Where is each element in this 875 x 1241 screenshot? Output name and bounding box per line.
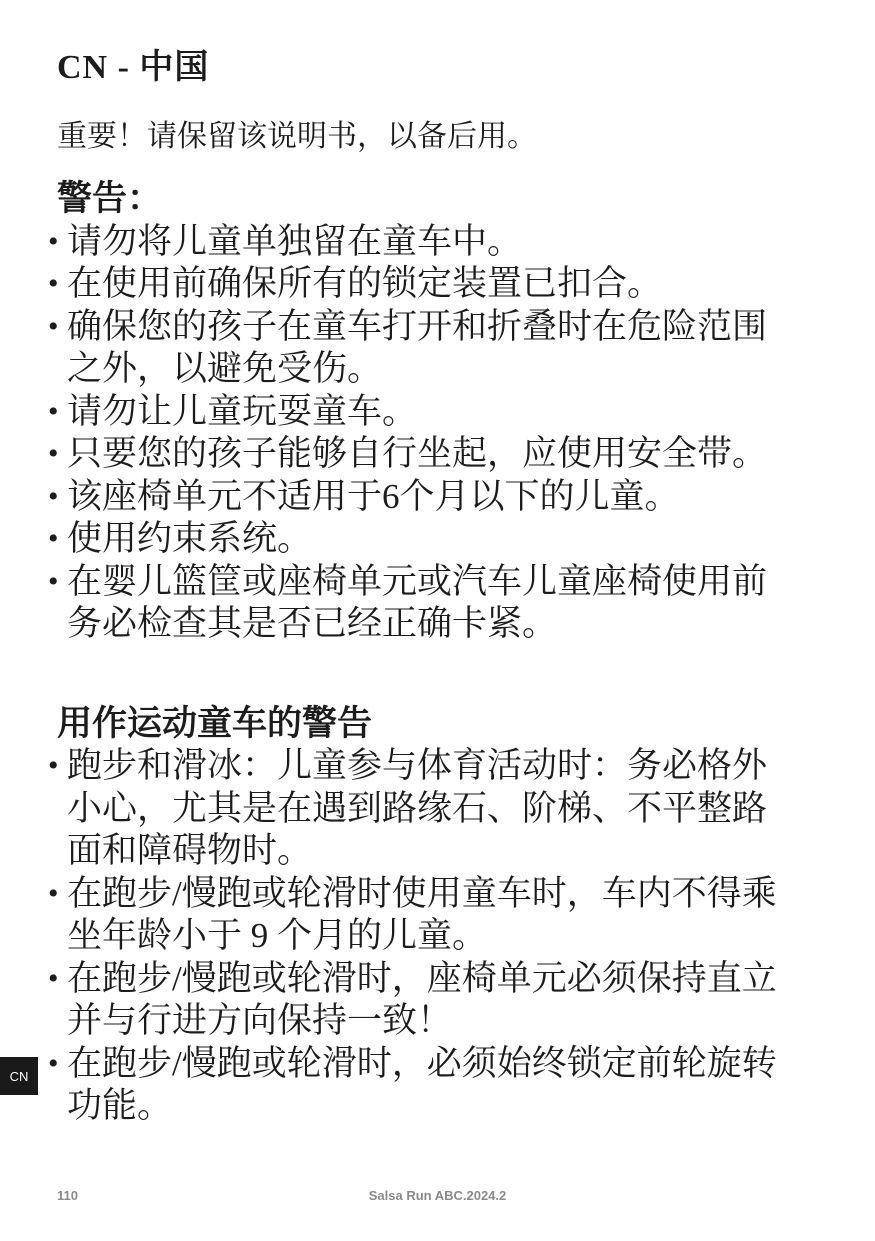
warning-bullet: 请勿将儿童单独留在童车中。 bbox=[48, 221, 793, 264]
sport-warning-bullet: 在跑步/慢跑或轮滑时，必须始终锁定前轮旋转功能。 bbox=[48, 1043, 793, 1128]
sport-warning-heading: 用作运动童车的警告 bbox=[57, 703, 793, 746]
doc-reference: Salsa Run ABC.2024.2 bbox=[0, 1188, 875, 1203]
sport-warning-bullet: 跑步和滑冰：儿童参与体育活动时：务必格外小心，尤其是在遇到路缘石、阶梯、不平整路… bbox=[48, 745, 793, 873]
warning-bullet: 使用约束系统。 bbox=[48, 518, 793, 561]
warning-bullet: 请勿让儿童玩耍童车。 bbox=[48, 391, 793, 434]
sport-warning-list: 跑步和滑冰：儿童参与体育活动时：务必格外小心，尤其是在遇到路缘石、阶梯、不平整路… bbox=[57, 745, 793, 1128]
manual-page: CN - 中国 重要！请保留该说明书，以备后用。 警告： 请勿将儿童单独留在童车… bbox=[0, 0, 875, 1128]
warning-bullet: 在使用前确保所有的锁定装置已扣合。 bbox=[48, 263, 793, 306]
important-note: 重要！请保留该说明书，以备后用。 bbox=[57, 118, 793, 156]
warning-bullet: 在婴儿篮筐或座椅单元或汽车儿童座椅使用前务必检查其是否已经正确卡紧。 bbox=[48, 561, 793, 646]
sport-warning-bullet: 在跑步/慢跑或轮滑时使用童车时，车内不得乘坐年龄小于 9 个月的儿童。 bbox=[48, 873, 793, 958]
warning-list: 请勿将儿童单独留在童车中。 在使用前确保所有的锁定装置已扣合。 确保您的孩子在童… bbox=[57, 221, 793, 646]
page-footer: 110 Salsa Run ABC.2024.2 bbox=[0, 1188, 875, 1208]
page-title: CN - 中国 bbox=[57, 46, 793, 90]
warning-bullet: 确保您的孩子在童车打开和折叠时在危险范围之外，以避免受伤。 bbox=[48, 306, 793, 391]
warning-bullet: 只要您的孩子能够自行坐起，应使用安全带。 bbox=[48, 433, 793, 476]
warning-heading: 警告： bbox=[57, 178, 793, 221]
sport-warning-bullet: 在跑步/慢跑或轮滑时，座椅单元必须保持直立并与行进方向保持一致！ bbox=[48, 958, 793, 1043]
warning-bullet: 该座椅单元不适用于6个月以下的儿童。 bbox=[48, 476, 793, 519]
language-tab-cn: CN bbox=[0, 1057, 38, 1095]
